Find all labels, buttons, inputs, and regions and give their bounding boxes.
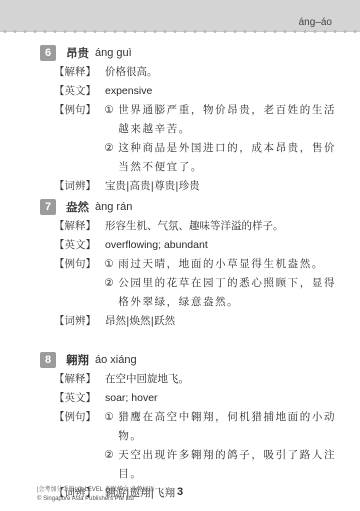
entry-word: 昂贵 xyxy=(66,45,89,61)
label-explain: 【解释】 xyxy=(54,217,105,236)
entry-pinyin: áo xiáng xyxy=(95,354,137,366)
english-text: expensive xyxy=(105,85,152,97)
label-english: 【英文】 xyxy=(54,389,105,408)
example-number: ① xyxy=(104,408,118,446)
entry-8: 8 翱翔 áo xiáng 【解释】在空中回旋地飞。 【英文】soar; hov… xyxy=(40,352,340,503)
label-example: 【例句】 xyxy=(54,101,104,139)
explain-text: 在空中回旋地飞。 xyxy=(105,373,189,385)
page-range: áng–áo xyxy=(299,17,332,28)
label-example: 【例句】 xyxy=(54,255,104,274)
explain-text: 价格很高。 xyxy=(105,66,158,78)
example-text: 天空出现许多翱翔的鸽子，吸引了路人注目。 xyxy=(118,446,340,484)
distinguish-text: 宝贵|高贵|尊贵|珍贵 xyxy=(105,180,200,192)
label-english: 【英文】 xyxy=(54,236,105,255)
distinguish-text: 昂然|焕然|跃然 xyxy=(105,315,175,327)
entry-number-badge: 6 xyxy=(40,45,56,61)
example-number: ② xyxy=(104,139,118,177)
english-text: soar; hover xyxy=(105,392,158,404)
english-text: overflowing; abundant xyxy=(105,239,208,251)
example-number: ① xyxy=(104,255,118,274)
footer-book-title: |会考加分手册| O-LEVEL 高级华文 必考词语 xyxy=(37,486,154,495)
entry-word: 翱翔 xyxy=(66,352,89,368)
label-distinguish: 【词辨】 xyxy=(54,312,105,331)
label-english: 【英文】 xyxy=(54,82,105,101)
entry-number-badge: 8 xyxy=(40,352,56,368)
example-text: 世界通膨严重，物价昂贵，老百姓的生活越来越辛苦。 xyxy=(118,101,340,139)
label-distinguish: 【词辨】 xyxy=(54,177,105,196)
entry-6: 6 昂贵 áng guì 【解释】价格很高。 【英文】expensive 【例句… xyxy=(40,45,340,196)
example-text: 雨过天晴，地面的小草显得生机盎然。 xyxy=(118,255,340,274)
footer-credits: |会考加分手册| O-LEVEL 高级华文 必考词语 © Singapore A… xyxy=(37,486,154,504)
label-explain: 【解释】 xyxy=(54,63,105,82)
entry-7: 7 盎然 àng rán 【解释】形容生机、气氛、趣味等洋溢的样子。 【英文】o… xyxy=(40,199,340,331)
example-number: ② xyxy=(104,446,118,484)
label-explain: 【解释】 xyxy=(54,370,105,389)
explain-text: 形容生机、气氛、趣味等洋溢的样子。 xyxy=(105,220,284,232)
footer-copyright: © Singapore Asia Publishers Pte Ltd xyxy=(37,495,154,504)
dotted-divider xyxy=(0,29,360,34)
example-text: 公园里的花草在园丁的悉心照顾下，显得格外翠绿，绿意盎然。 xyxy=(118,274,340,312)
entry-number-badge: 7 xyxy=(40,199,56,215)
example-text: 猎鹰在高空中翱翔，伺机猎捕地面的小动物。 xyxy=(118,408,340,446)
entry-pinyin: àng rán xyxy=(95,201,132,213)
example-number: ① xyxy=(104,101,118,139)
label-example: 【例句】 xyxy=(54,408,104,446)
example-number: ② xyxy=(104,274,118,312)
entry-word: 盎然 xyxy=(66,199,89,215)
entry-pinyin: áng guì xyxy=(95,47,132,59)
example-text: 这种商品是外国进口的，成本昂贵，售价当然不便宜了。 xyxy=(118,139,340,177)
page-number: 3 xyxy=(177,486,183,498)
